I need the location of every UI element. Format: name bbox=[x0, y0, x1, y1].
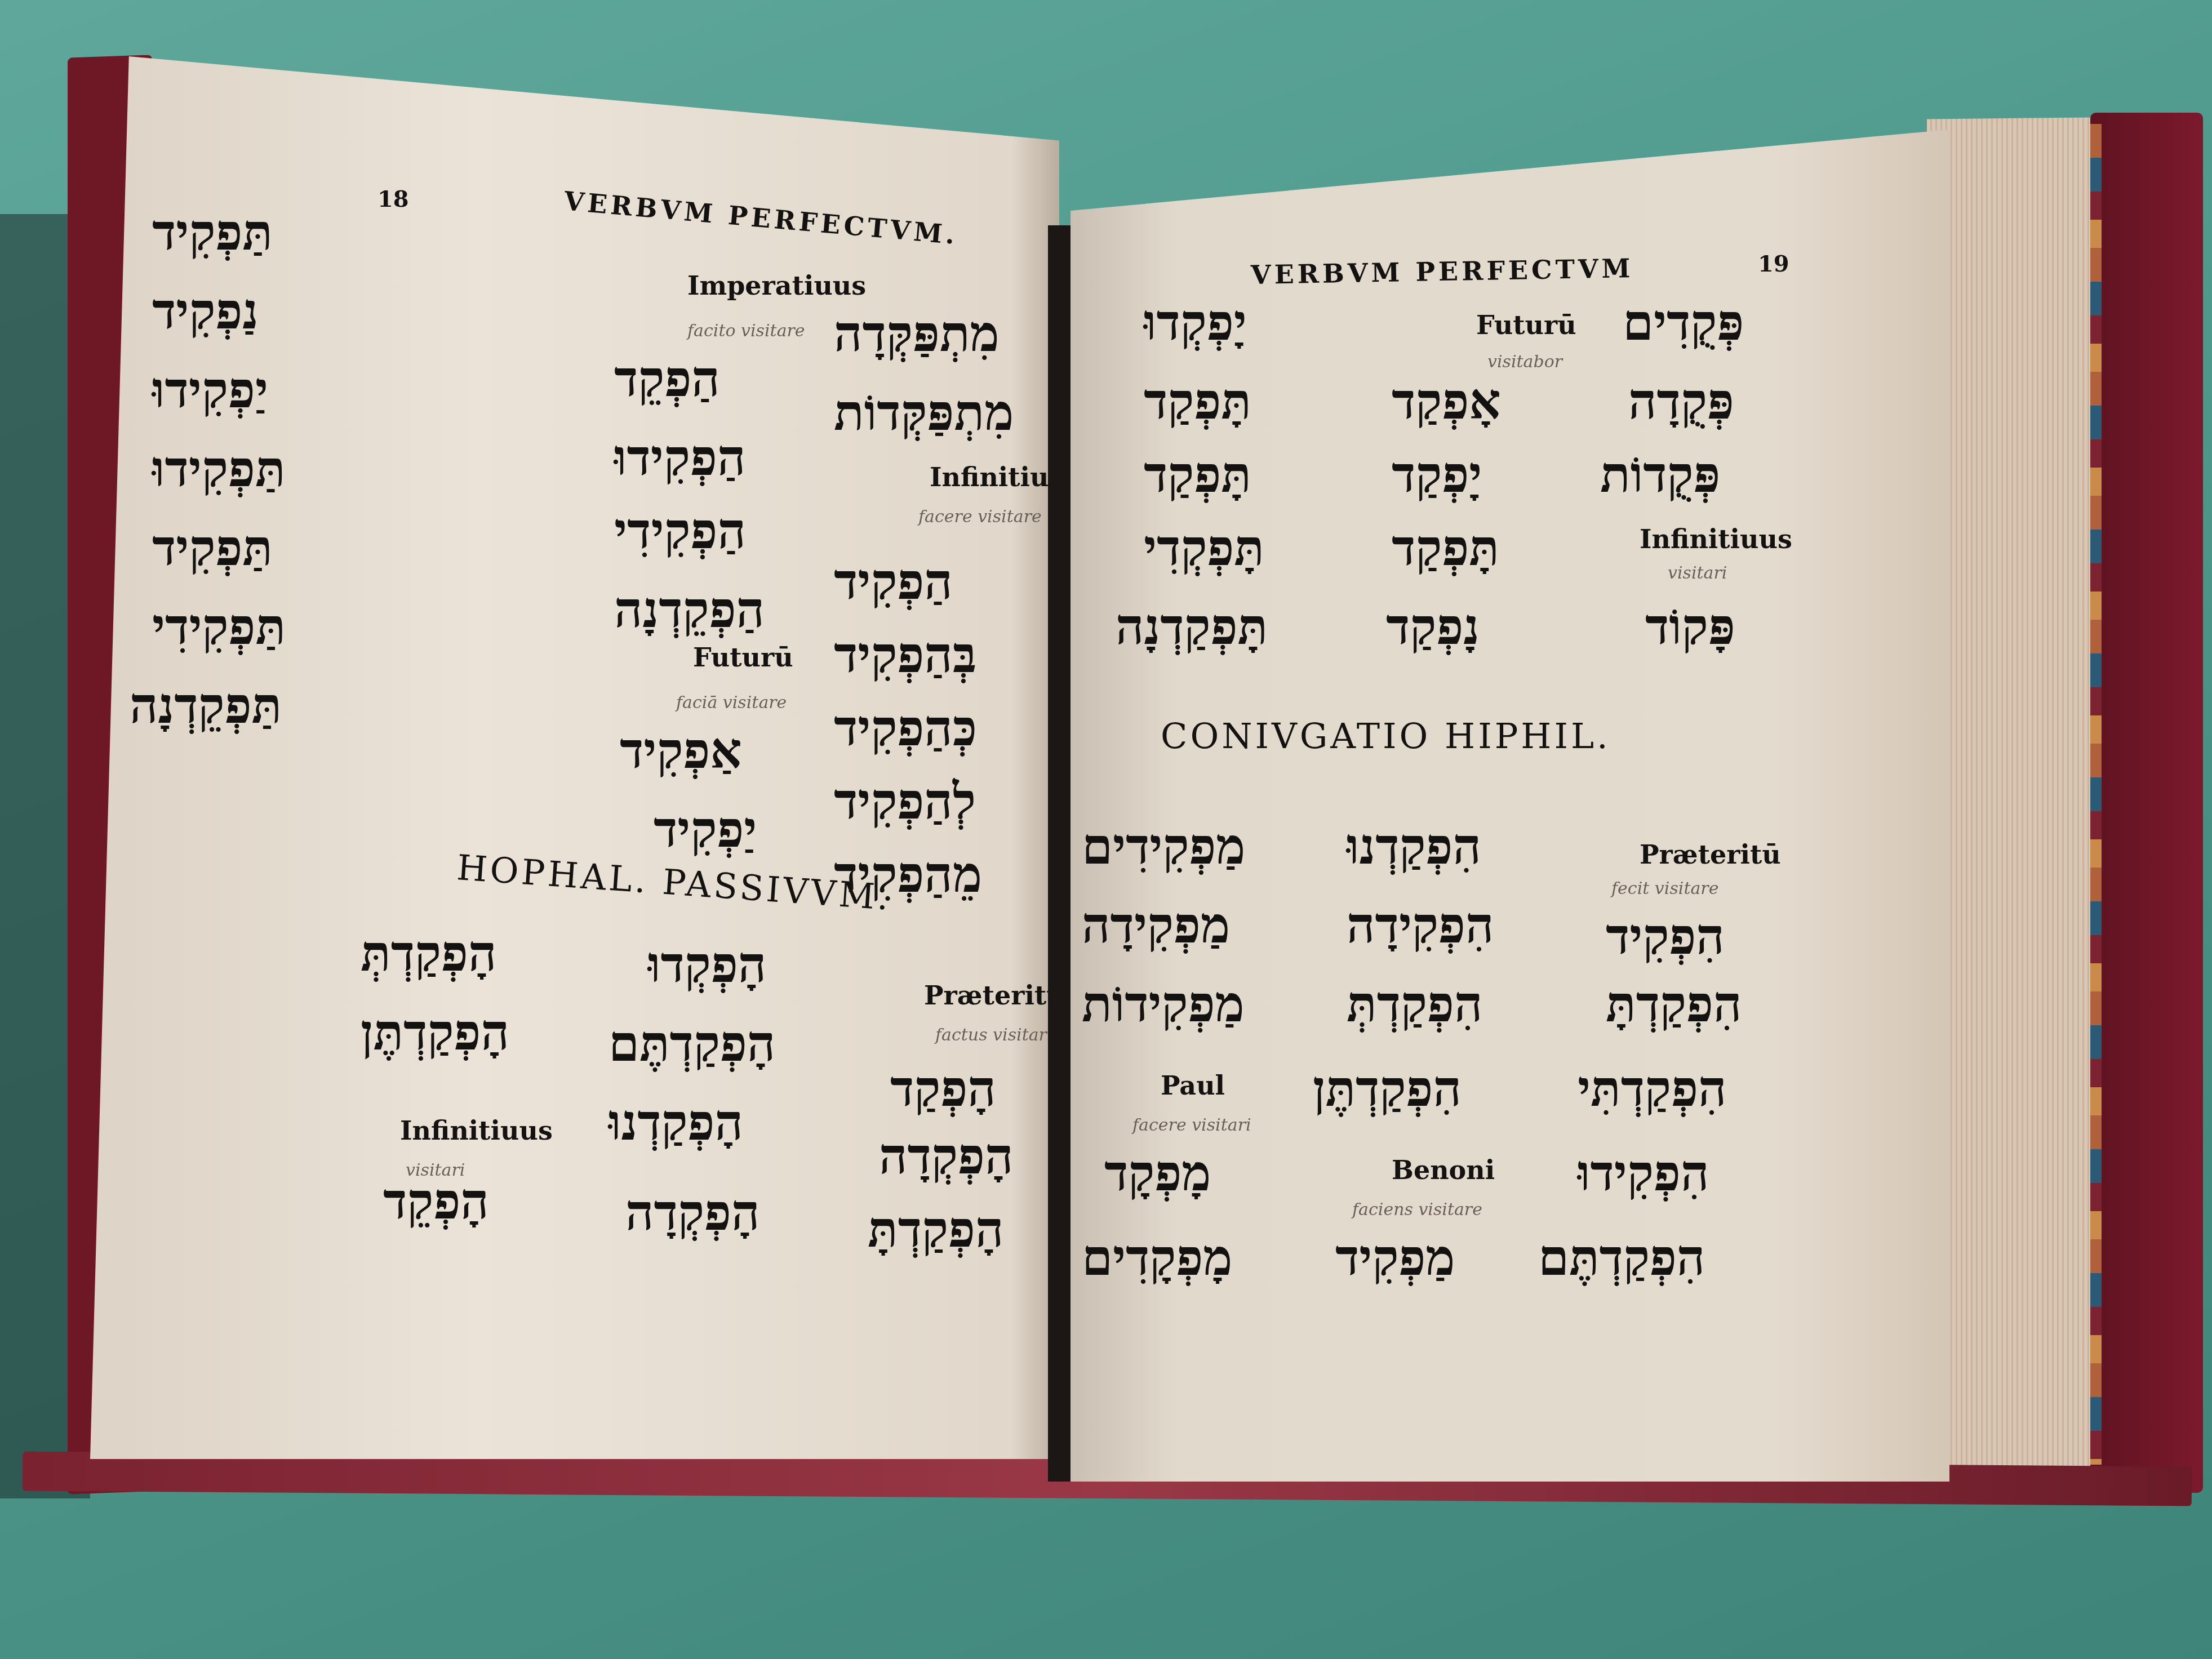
hebrew-word: מַפְקִידִים bbox=[1082, 817, 1246, 876]
hebrew-word: תָּפְקַד bbox=[1392, 518, 1499, 577]
handwritten-note: fecit visitare bbox=[1611, 879, 1718, 899]
hebrew-word: תַּפְקִידִי bbox=[152, 597, 286, 656]
hebrew-word: מִתְפַּקְּדָה bbox=[834, 304, 1000, 363]
left-page: 18 VERBVM PERFECTVM. Imperatiuus facito … bbox=[90, 56, 1059, 1459]
label-paul: Paul bbox=[1161, 1070, 1225, 1101]
hebrew-word: אַפְקִיד bbox=[620, 721, 742, 780]
hebrew-word: הִפְקַדְתִּי bbox=[1578, 1059, 1727, 1118]
hebrew-word: הִפְקַדְנוּ bbox=[1347, 817, 1481, 876]
running-head: VERBVM PERFECTVM. bbox=[563, 186, 960, 251]
hebrew-word: הַפְקִידִי bbox=[614, 501, 746, 561]
hebrew-word: יַפְקִיד bbox=[654, 800, 757, 859]
hebrew-word: לְהַפְקִיד bbox=[834, 772, 976, 831]
hebrew-word: הִפְקַדְתְּ bbox=[1347, 975, 1483, 1034]
right-page: VERBVM PERFECTVM 19 Futurū visitabor Inf… bbox=[1071, 130, 1949, 1482]
hebrew-word: הָפְקַדְתֶּם bbox=[608, 1014, 775, 1073]
hebrew-word: הַפְקִידוּ bbox=[614, 428, 746, 487]
handwritten-note: visitari bbox=[1668, 563, 1727, 583]
hebrew-word: תָּפְקַד bbox=[1144, 445, 1251, 504]
handwritten-note: factus visitari bbox=[935, 1025, 1052, 1045]
label-benoni: Benoni bbox=[1392, 1155, 1495, 1185]
hebrew-word: הַפְקֵד bbox=[614, 349, 720, 408]
page-number: 18 bbox=[377, 186, 409, 212]
hebrew-word: תַּפְקִידוּ bbox=[152, 439, 286, 499]
hebrew-word: הִפְקַדְתֶּם bbox=[1538, 1228, 1705, 1287]
handwritten-note: visitabor bbox=[1487, 352, 1562, 372]
hebrew-word: תָּפְקְדִי bbox=[1144, 518, 1264, 577]
hebrew-word: הִפְקִיד bbox=[1606, 907, 1725, 966]
hebrew-word: אָפְקַד bbox=[1392, 372, 1501, 431]
hebrew-word: הָפְקְדָה bbox=[879, 1127, 1014, 1186]
hebrew-word: בְּהַפְקִיד bbox=[834, 625, 976, 684]
hebrew-word: הַפְקֵדְנָה bbox=[614, 580, 765, 639]
hebrew-word: הִפְקִידוּ bbox=[1578, 1144, 1709, 1203]
handwritten-note: faciā visitare bbox=[676, 693, 787, 713]
hebrew-word: מָפְקָדִים bbox=[1082, 1228, 1232, 1287]
hebrew-word: פְּקֻדִים bbox=[1623, 293, 1744, 352]
hebrew-word: יָפְקְדוּ bbox=[1144, 293, 1247, 352]
running-head: VERBVM PERFECTVM bbox=[1251, 253, 1634, 290]
handwritten-note: facere visitare bbox=[918, 507, 1042, 527]
handwritten-note: facito visitare bbox=[687, 321, 805, 341]
handwritten-note: facere visitari bbox=[1132, 1115, 1251, 1135]
hebrew-word: הִפְקִידָה bbox=[1347, 896, 1494, 955]
hebrew-word: כְּהַפְקִיד bbox=[834, 699, 977, 758]
hebrew-word: נָפְקַד bbox=[1386, 597, 1480, 656]
hebrew-word: הָפְקְדוּ bbox=[648, 935, 766, 994]
label-futurum: Futurū bbox=[1476, 310, 1576, 340]
hebrew-word: הָפְקַד bbox=[890, 1059, 996, 1118]
label-imperativus: Imperatiuus bbox=[687, 270, 866, 301]
hebrew-word: מִתְפַּקְּדוֹת bbox=[834, 383, 1014, 442]
label-praeteritum: Præteritū bbox=[1640, 839, 1781, 870]
hebrew-word: הָפְקְדָה bbox=[625, 1183, 760, 1242]
hebrew-word: הַפְקִיד bbox=[834, 552, 953, 611]
hebrew-word: יָפְקַד bbox=[1392, 445, 1482, 504]
hebrew-word: יַפְקִידוּ bbox=[152, 361, 268, 420]
label-infinitivus-2: Infinitiuus bbox=[400, 1115, 553, 1146]
hebrew-word: פָּקוֹד bbox=[1645, 597, 1735, 656]
hebrew-word: נַפְקִיד bbox=[152, 282, 259, 341]
hebrew-word: הִפְקַדְתֶּן bbox=[1313, 1059, 1462, 1118]
hebrew-word: פְּקֻדוֹת bbox=[1600, 445, 1720, 504]
label-futurum: Futurū bbox=[693, 642, 793, 673]
hebrew-word: מַפְקִידָה bbox=[1082, 896, 1230, 955]
label-infinitivus: Infinitiuus bbox=[1640, 524, 1792, 554]
hebrew-word: הָפְקַדְתְּ bbox=[361, 924, 497, 983]
hebrew-word: תָּפְקַדְנָה bbox=[1116, 597, 1268, 656]
book-cover-right bbox=[2090, 113, 2203, 1493]
hebrew-word: מַפְקִיד bbox=[1335, 1228, 1455, 1287]
page-block-edge bbox=[1927, 117, 2090, 1482]
hebrew-word: תַּפְקִיד bbox=[152, 518, 273, 577]
page-number: 19 bbox=[1758, 251, 1789, 277]
hebrew-word: הָפְקַדְתָּ bbox=[868, 1200, 1004, 1259]
label-praeteritum: Præteritū bbox=[924, 980, 1065, 1011]
hebrew-word: הָפְקַדְנוּ bbox=[608, 1093, 743, 1152]
hebrew-word: מַפְקִידוֹת bbox=[1082, 975, 1245, 1034]
hebrew-word: הָפְקֵד bbox=[383, 1172, 489, 1231]
hebrew-word: תַּפְקֵדְנָה bbox=[130, 676, 282, 735]
section-heading-hiphil: CONIVGATIO HIPHIL. bbox=[1161, 715, 1611, 757]
hebrew-word: פְּקֻדָה bbox=[1628, 372, 1734, 431]
hebrew-word: תַּפְקִיד bbox=[152, 203, 273, 262]
hebrew-word: הִפְקַדְתָּ bbox=[1606, 975, 1742, 1034]
hebrew-word: הָפְקַדְתֶּן bbox=[361, 1003, 509, 1062]
hebrew-word: תָּפְקַד bbox=[1144, 372, 1251, 431]
hebrew-word: מָפְקָד bbox=[1104, 1144, 1211, 1203]
handwritten-note: faciens visitare bbox=[1352, 1200, 1482, 1220]
